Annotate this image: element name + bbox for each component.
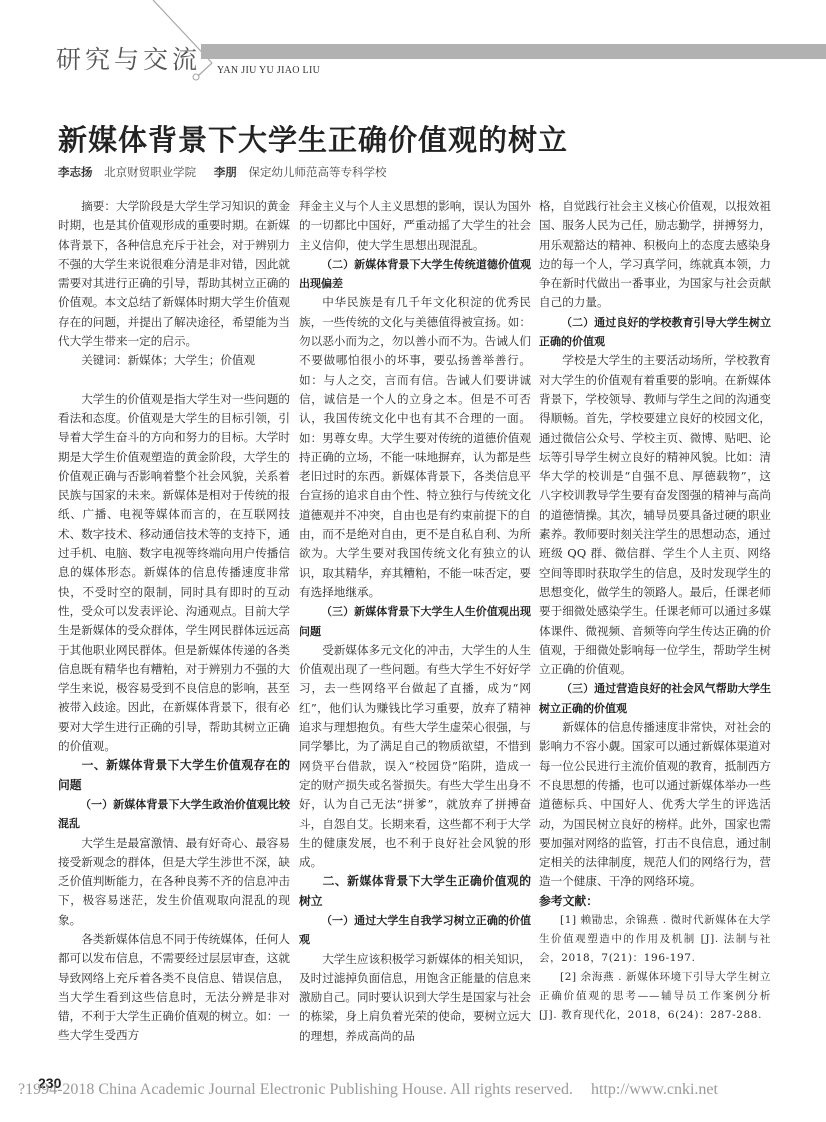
text-column-3: 格，自觉践行社会主义核心价值观，以报效祖国、服务人民为己任，励志勤学，拼搏努力，… — [539, 197, 771, 1025]
paragraph: 大学生是最富激情、最有好奇心、最容易接受新观念的群体，但是大学生涉世不深，缺乏价… — [58, 834, 290, 930]
author-name: 李志扬 — [58, 165, 93, 179]
paragraph: 中华民族是有几千年文化积淀的优秀民族，一些传统的文化与美德值得被宣扬。如：勿以恶… — [299, 293, 531, 602]
author-name: 李朋 — [214, 165, 237, 179]
paragraph: 大学生应该积极学习新媒体的相关知识，及时过滤掉负面信息，用饱含正能量的信息来激励… — [299, 950, 531, 1046]
reference-item: [2] 余海燕 . 新媒体环境下引导大学生树立正确价值观的思考——辅导员工作案例… — [539, 968, 771, 1025]
reference-item: [1] 赖勖忠，余锦燕 . 微时代新媒体在大学生价值观塑造中的作用及机制 [J]… — [539, 911, 771, 968]
subsection-heading-1-3: （三）新媒体背景下大学生人生价值观出现问题 — [299, 602, 531, 641]
copyright-text: ?1994-2018 China Academic Journal Electr… — [18, 1081, 573, 1098]
subsection-heading-2-3: （三）通过营造良好的社会风气帮助大学生树立正确的价值观 — [539, 679, 771, 718]
subsection-heading-2-2: （二）通过良好的学校教育引导大学生树立正确的价值观 — [539, 313, 771, 352]
subsection-heading-1-2: （二）新媒体背景下大学生传统道德价值观出现偏差 — [299, 255, 531, 294]
intro-paragraph: 大学生的价值观是指大学生对一些问题的看法和态度。价值观是大学生的目标引领，引导着… — [58, 390, 290, 757]
paragraph-continued: 拜金主义与个人主义思想的影响，误认为国外的一切都比中国好，严重动摇了大学生的社会… — [299, 197, 531, 255]
section-heading-1: 一、新媒体背景下大学生价值观存在的问题 — [58, 756, 290, 795]
section-heading-2: 二、新媒体背景下大学生正确价值观的树立 — [299, 872, 531, 911]
author-line: 李志扬 北京财贸职业学院 李朋 保定幼儿师范高等专科学校 — [58, 164, 400, 180]
paragraph: 新媒体的信息传播速度非常快，对社会的影响力不容小觑。国家可以通过新媒体渠道对每一… — [539, 718, 771, 892]
article-title: 新媒体背景下大学生正确价值观的树立 — [58, 118, 568, 159]
paragraph: 受新媒体多元文化的冲击，大学生的人生价值观出现了一些问题。有些大学生不好好学习，… — [299, 641, 531, 873]
section-name-cn: 研究与交流 — [56, 40, 201, 76]
text-column-2: 拜金主义与个人主义思想的影响，误认为国外的一切都比中国好，严重动摇了大学生的社会… — [299, 197, 531, 1046]
section-name-en: YAN JIU YU JIAO LIU — [217, 65, 320, 76]
author-affiliation: 保定幼儿师范高等专科学校 — [248, 165, 386, 179]
copyright-footer: ?1994-2018 China Academic Journal Electr… — [18, 1081, 718, 1099]
paragraph: 各类新媒体信息不同于传统媒体，任何人都可以发布信息，不需要经过层层审查，这就导致… — [58, 930, 290, 1046]
subsection-heading-2-1: （一）通过大学生自我学习树立正确的价值观 — [299, 911, 531, 950]
author-affiliation: 北京财贸职业学院 — [104, 165, 196, 179]
references-heading: 参考文献： — [539, 892, 771, 911]
paragraph: 学校是大学生的主要活动场所，学校教育对大学生的价值观有着重要的影响。在新媒体背景… — [539, 351, 771, 679]
abstract: 摘要：大学阶段是大学生学习知识的黄金时期，也是其价值观形成的重要时期。在新媒体背… — [58, 197, 290, 351]
subsection-heading-1-1: （一）新媒体背景下大学生政治价值观比较混乱 — [58, 795, 290, 834]
text-column-1: 摘要：大学阶段是大学生学习知识的黄金时期，也是其价值观形成的重要时期。在新媒体背… — [58, 197, 290, 1046]
journal-section-header: 研究与交流 YAN JIU YU JIAO LIU — [0, 0, 826, 90]
keywords: 关键词：新媒体；大学生；价值观 — [58, 351, 290, 370]
paragraph-continued: 格，自觉践行社会主义核心价值观，以报效祖国、服务人民为己任，励志勤学，拼搏努力，… — [539, 197, 771, 313]
footer-url[interactable]: http://www.cnki.net — [591, 1081, 718, 1098]
